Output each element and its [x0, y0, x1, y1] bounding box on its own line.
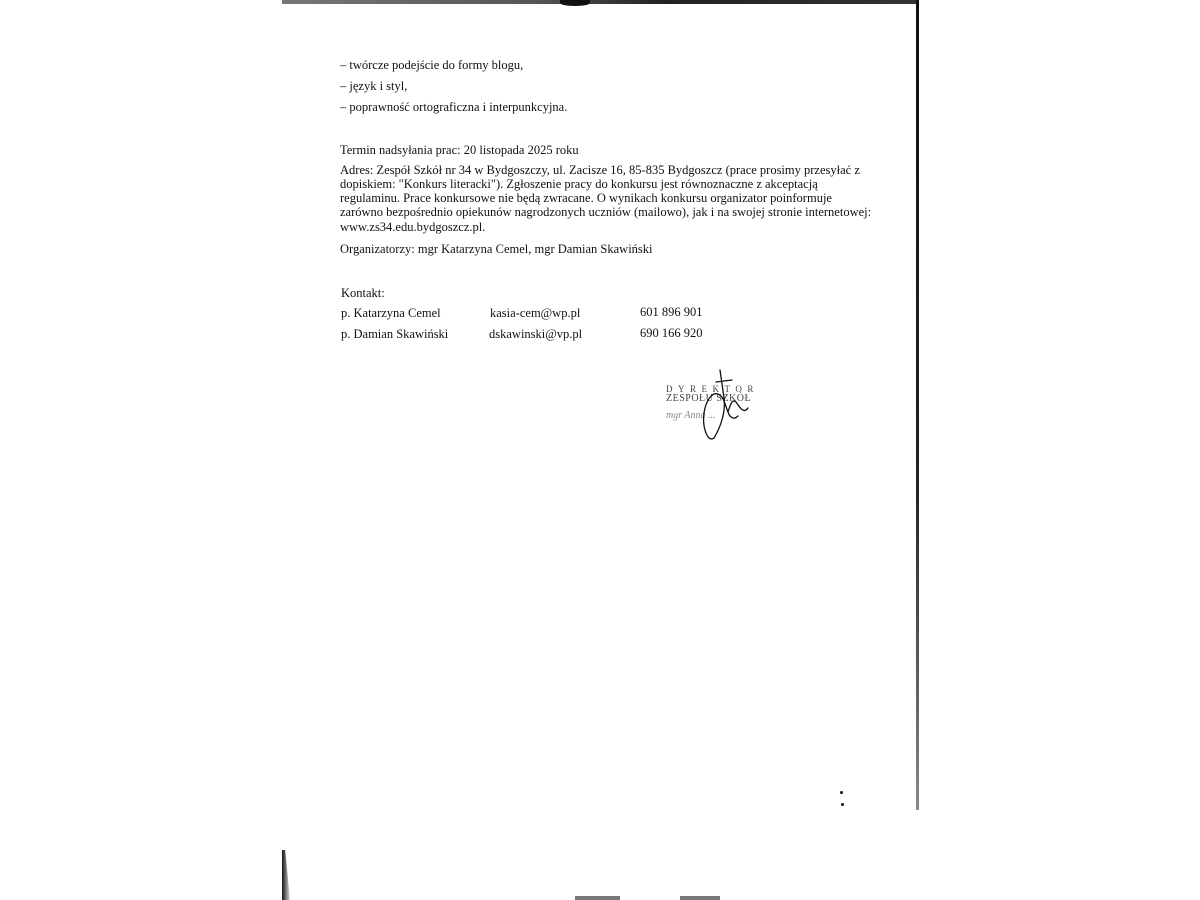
- contact-name: p. Damian Skawiński: [341, 327, 448, 341]
- criteria-item: – twórcze podejście do formy blogu,: [340, 58, 523, 72]
- document-page: [282, 0, 918, 900]
- contact-email[interactable]: dskawinski@vp.pl: [489, 327, 582, 341]
- deadline-text: Termin nadsyłania prac: 20 listopada 202…: [340, 143, 579, 157]
- address-line: zarówno bezpośrednio opiekunów nagrodzon…: [340, 205, 871, 219]
- criteria-item: – poprawność ortograficzna i interpunkcy…: [340, 100, 567, 114]
- address-line: Adres: Zespół Szkół nr 34 w Bydgoszczy, …: [340, 163, 860, 177]
- address-line: dopiskiem: "Konkurs literacki"). Zgłosze…: [340, 177, 818, 191]
- scan-edge-bottom: [680, 896, 720, 900]
- website-link[interactable]: www.zs34.edu.bydgoszcz.pl.: [340, 220, 485, 234]
- contact-name: p. Katarzyna Cemel: [341, 306, 441, 320]
- contact-phone: 601 896 901: [640, 305, 703, 319]
- criteria-item: – język i styl,: [340, 79, 407, 93]
- scan-speck: [840, 791, 843, 794]
- scan-edge-right: [916, 0, 919, 810]
- contact-heading: Kontakt:: [341, 286, 385, 300]
- organizers-text: Organizatorzy: mgr Katarzyna Cemel, mgr …: [340, 242, 653, 256]
- scan-edge-bottom: [575, 896, 620, 900]
- signature-icon: [690, 368, 760, 443]
- address-line: regulaminu. Prace konkursowe nie będą zw…: [340, 191, 832, 205]
- contact-email[interactable]: kasia-cem@wp.pl: [490, 306, 580, 320]
- scan-edge-top: [282, 0, 918, 4]
- scan-speck: [841, 803, 844, 806]
- contact-phone: 690 166 920: [640, 326, 703, 340]
- scan-edge-top-mark: [560, 0, 590, 6]
